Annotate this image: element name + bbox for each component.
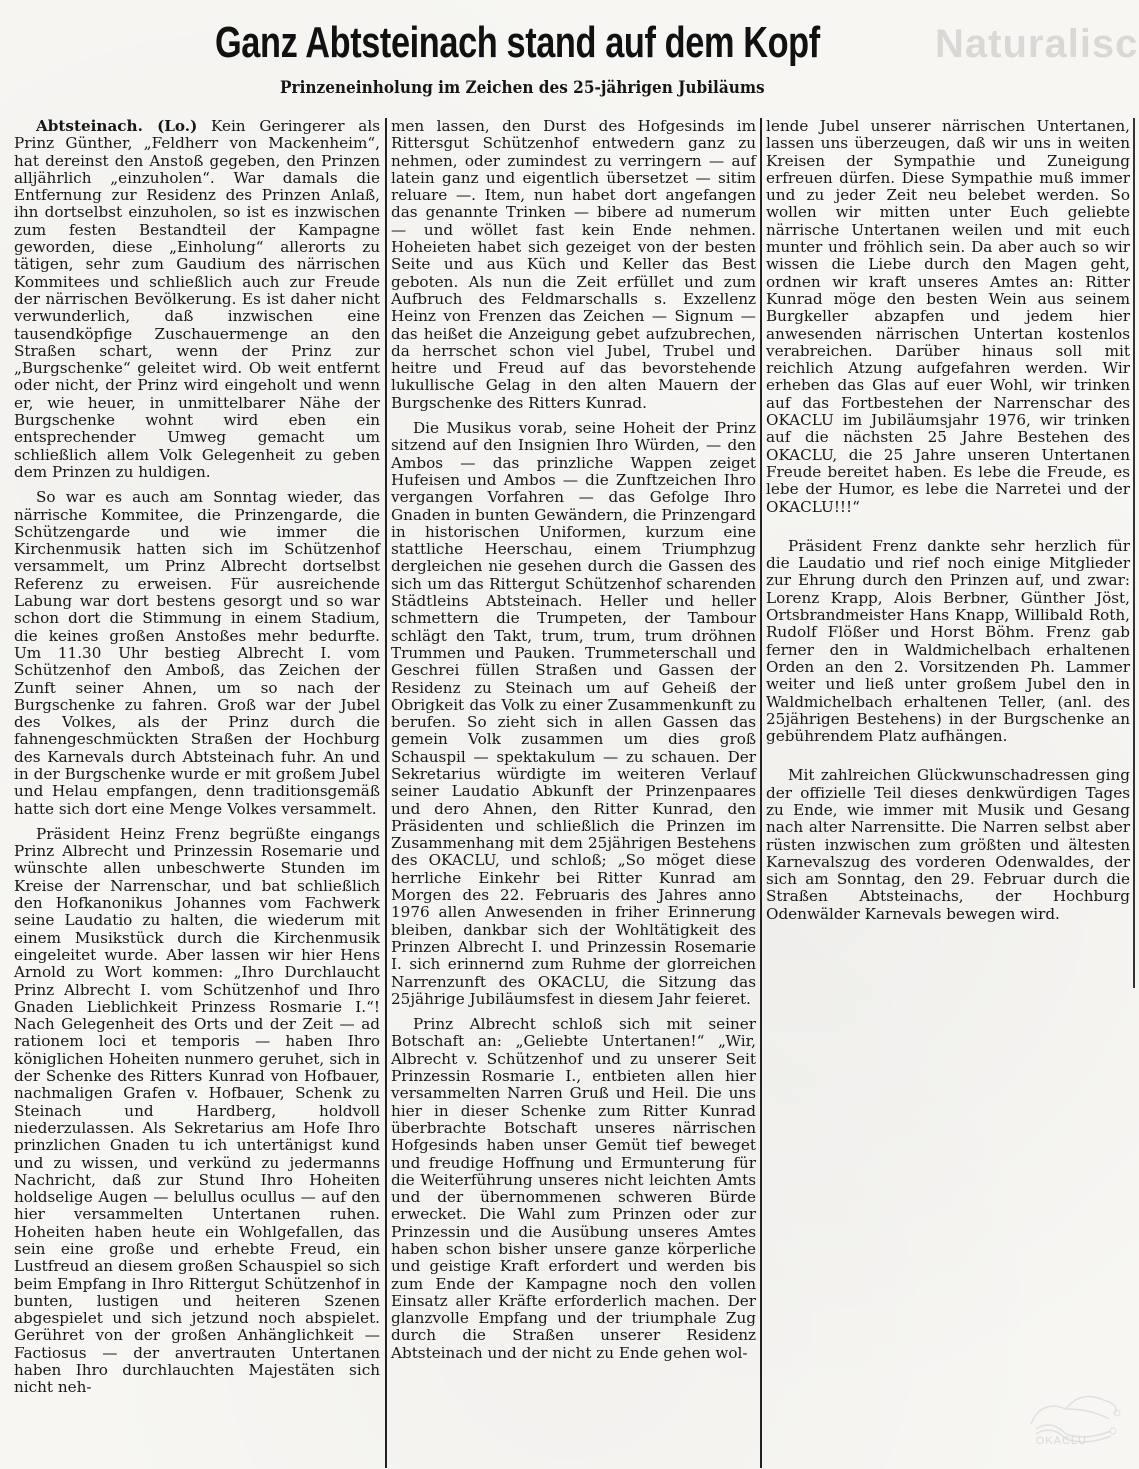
article-column-1: Abtsteinach. (Lo.) Kein Geringerer als P…	[14, 118, 380, 1397]
article-subheadline: Prinzeneinholung im Zeichen des 25-jähri…	[280, 78, 820, 98]
column-rule	[385, 118, 387, 1468]
dateline: Abtsteinach. (Lo.)	[36, 117, 197, 135]
column-rule	[1133, 118, 1135, 988]
jester-cap-logo-icon	[1011, 1379, 1131, 1459]
column-rule	[760, 118, 762, 1468]
paragraph: Prinz Albrecht schloß sich mit seiner Bo…	[391, 1016, 756, 1362]
article-headline: Ganz Abtsteinach stand auf dem Kopf	[112, 18, 1000, 68]
paragraph-text: Kein Geringerer als Prinz Günther, „Feld…	[14, 117, 380, 481]
headline-text: Ganz Abtsteinach stand auf dem Kopf	[215, 18, 820, 68]
paragraph: Präsident Heinz Frenz begrüßte eingangs …	[14, 826, 380, 1397]
paragraph: Mit zahlreichen Glückwunschadressen ging…	[766, 767, 1130, 923]
paragraph: men lassen, den Durst des Hofgesinds im …	[391, 118, 756, 412]
paragraph: Präsident Frenz dankte sehr herzlich für…	[766, 538, 1130, 746]
watermark-label: OKACLU	[1036, 1435, 1087, 1447]
article-column-3: lende Jubel unserer närrischen Untertane…	[766, 118, 1130, 923]
article-column-2: men lassen, den Durst des Hofgesinds im …	[391, 118, 756, 1362]
paragraph: Abtsteinach. (Lo.) Kein Geringerer als P…	[14, 118, 380, 481]
paragraph: lende Jubel unserer närrischen Untertane…	[766, 118, 1130, 516]
paragraph: Die Musikus vorab, seine Hoheit der Prin…	[391, 420, 756, 1008]
paragraph: So war es auch am Sonntag wieder, das nä…	[14, 489, 380, 818]
